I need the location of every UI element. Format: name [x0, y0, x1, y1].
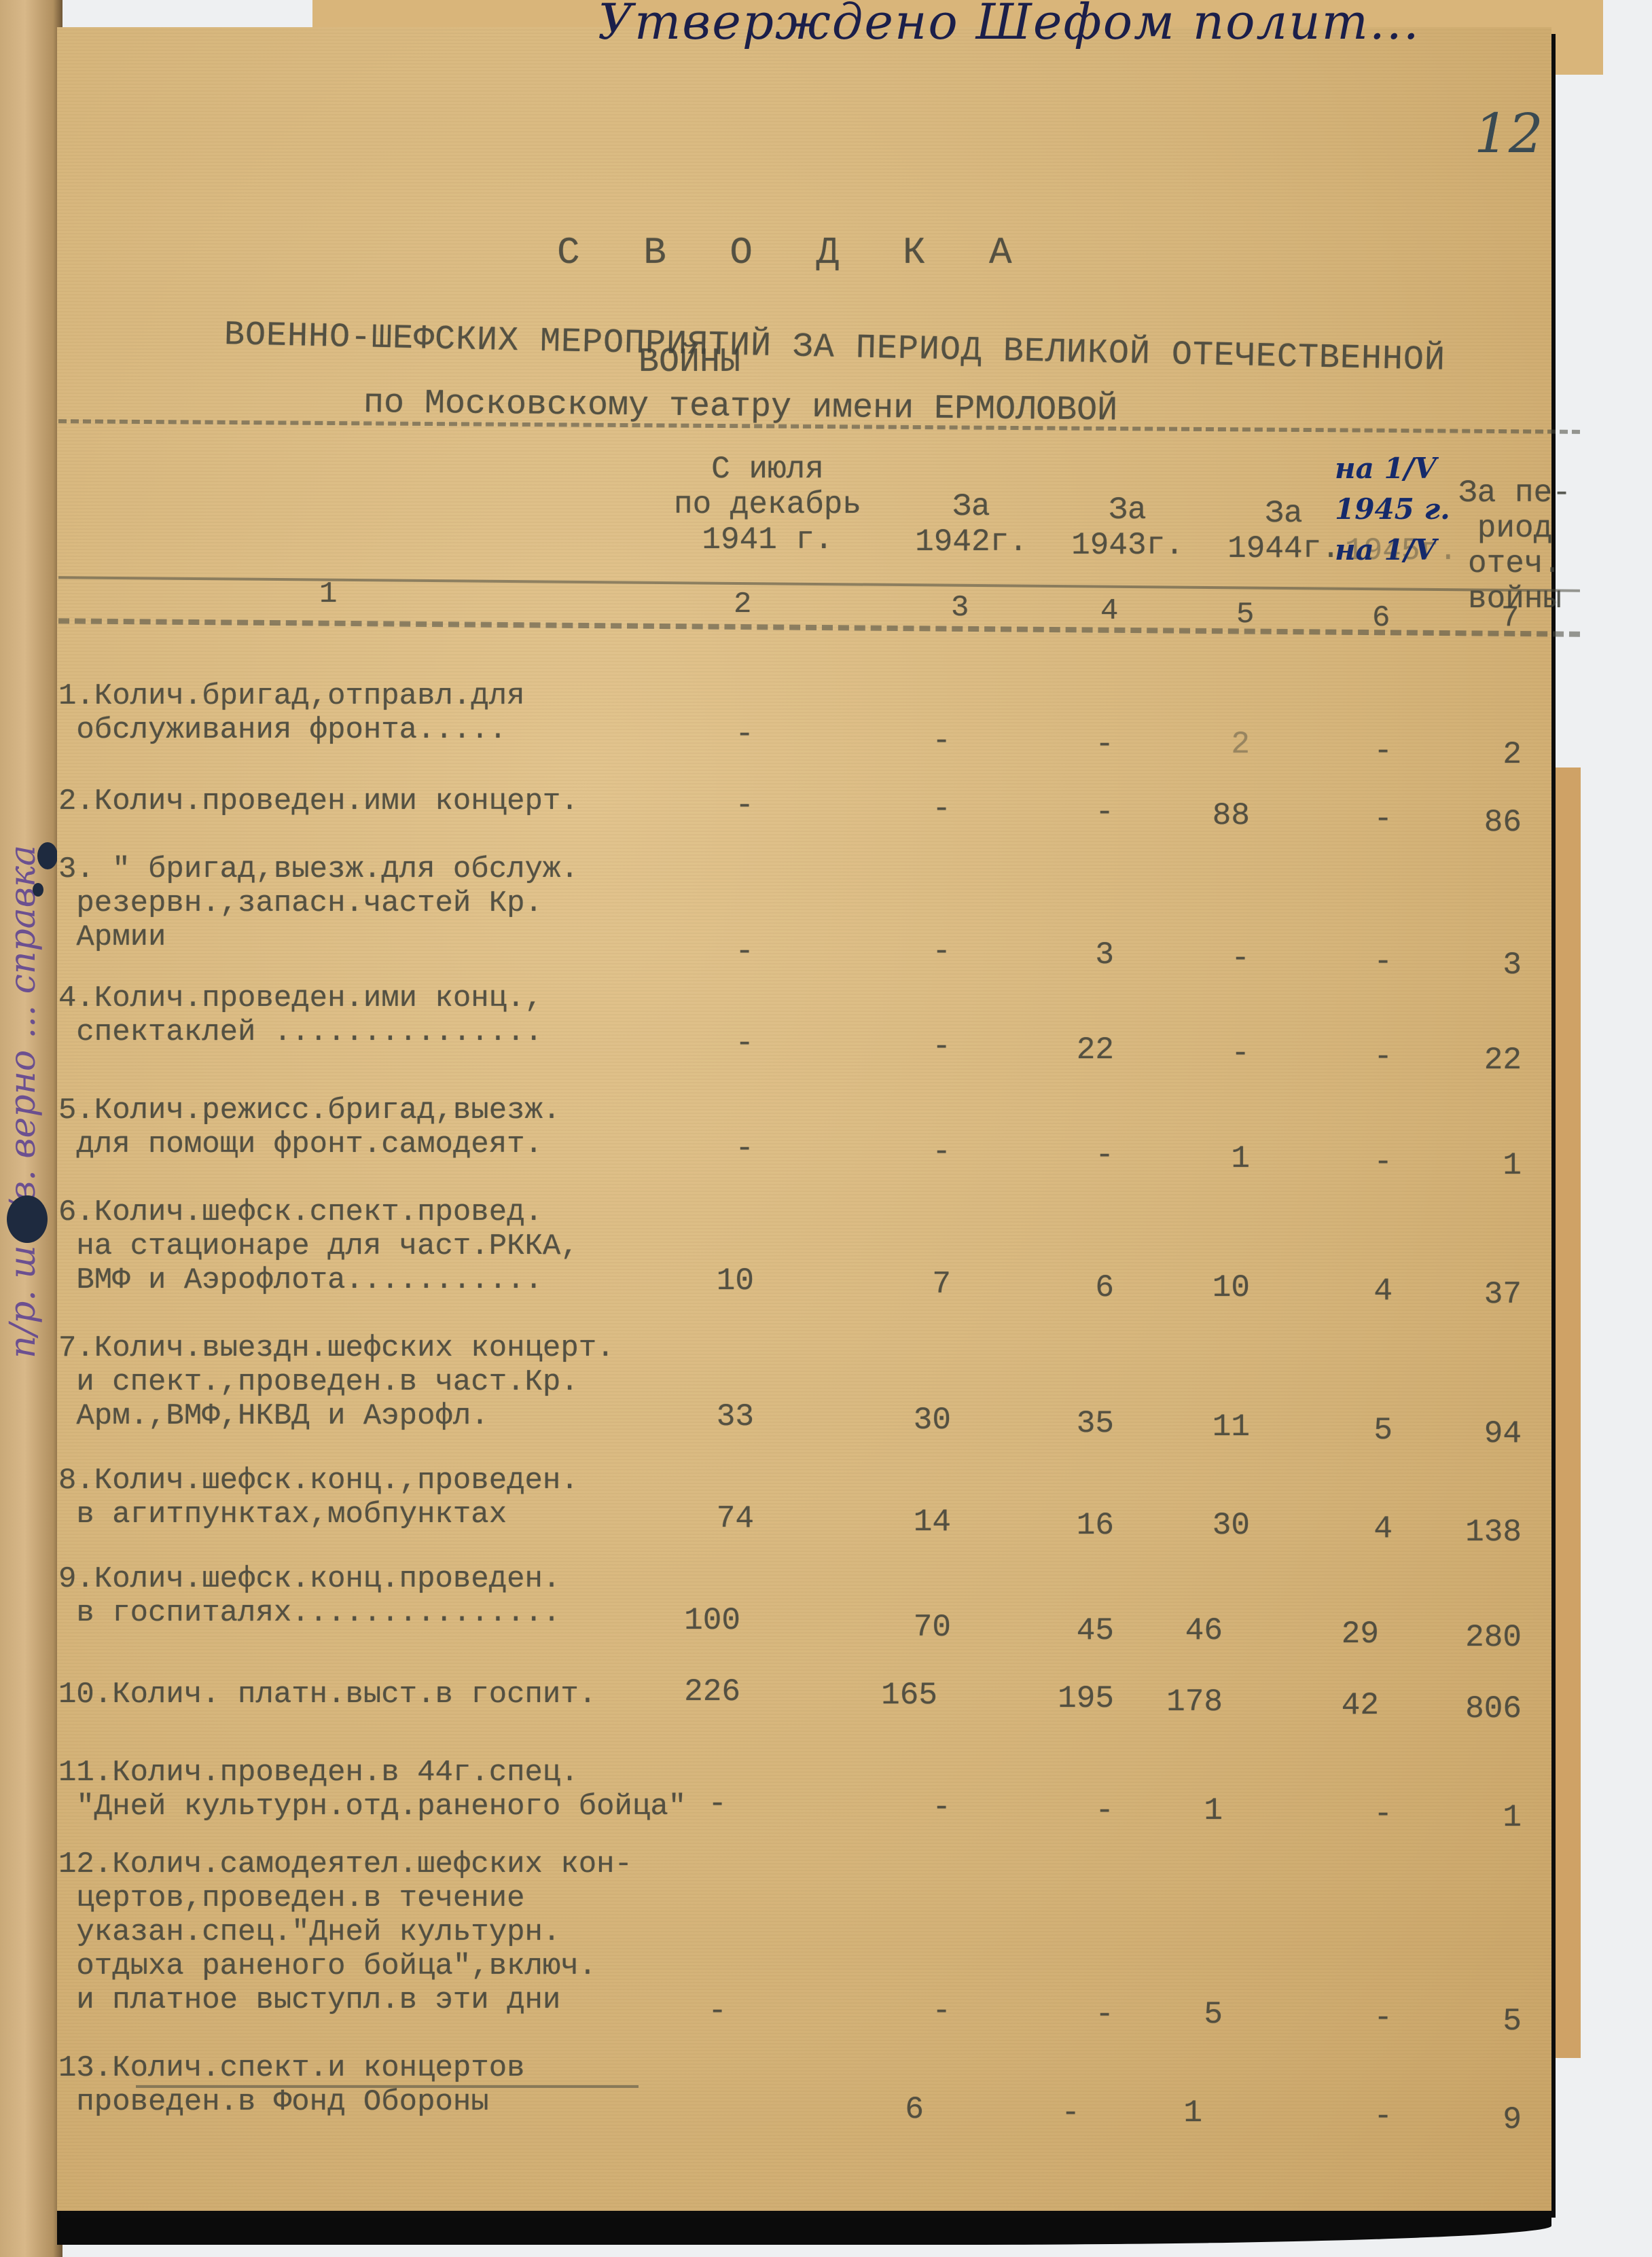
table-cell: 1 [1175, 1141, 1250, 1176]
table-cell: 9 [1447, 2102, 1522, 2137]
table-row-label: 1.Колич.бригад,отправл.для обслуживания … [58, 679, 697, 747]
table-cell: 46 [1148, 1613, 1223, 1648]
table-cell: 88 [1175, 798, 1250, 833]
table-cell: - [876, 1134, 951, 1170]
table-cell: 94 [1447, 1416, 1522, 1451]
table-cell: - [1175, 941, 1250, 976]
table-cell: 2 [1175, 727, 1250, 762]
table-cell: - [679, 788, 754, 823]
table-row-label: 2.Колич.проведен.ими концерт. [58, 784, 697, 818]
column-number-1: 1 [319, 577, 337, 611]
table-row-label: 7.Колич.выездн.шефских концерт. и спект.… [58, 1331, 697, 1433]
table-cell: - [876, 1993, 951, 2029]
table-cell: - [876, 1029, 951, 1064]
table-cell: 5 [1148, 1997, 1223, 2032]
table-cell: 33 [679, 1399, 754, 1434]
table-cell: - [1039, 1997, 1114, 2032]
column-header-3: За 1942г. [903, 489, 1039, 560]
table-cell: - [1039, 727, 1114, 762]
table-cell: - [876, 791, 951, 827]
table-cell: 14 [876, 1504, 951, 1540]
table-cell: 74 [679, 1501, 754, 1536]
table-cell: - [679, 1026, 754, 1061]
table-row-label: 11.Колич.проведен.в 44г.спец. "Дней куль… [58, 1756, 697, 1824]
table-row-label: 3. " бригад,выезж.для обслуж. резервн.,з… [58, 852, 697, 954]
table-cell: 45 [1039, 1613, 1114, 1648]
table-cell: - [1039, 1138, 1114, 1173]
table-cell: 70 [876, 1610, 951, 1645]
table-cell: 29 [1304, 1617, 1379, 1652]
table-cell: - [679, 717, 754, 752]
table-cell: - [1039, 1793, 1114, 1828]
ink-blot [7, 1195, 48, 1243]
handwritten-annotation-top: Утверждено Шефом полит... [598, 0, 1583, 50]
table-cell: - [1318, 944, 1393, 979]
page-number: 12 [1474, 102, 1543, 165]
table-cell: - [652, 1993, 727, 2029]
table-cell: 10 [1175, 1270, 1250, 1305]
table-row-label: 8.Колич.шефск.конц.,проведен. в агитпунк… [58, 1464, 697, 1532]
column-header-7: За пе- риод отеч. войны [1440, 475, 1590, 617]
table-cell: 1 [1148, 1793, 1223, 1828]
column-number-4: 4 [1100, 594, 1118, 628]
ink-blot [33, 883, 43, 897]
table-cell: 35 [1039, 1406, 1114, 1441]
table-cell: - [679, 934, 754, 969]
table-cell: - [1318, 1039, 1393, 1075]
table-cell: 37 [1447, 1277, 1522, 1312]
column-header-5: За 1944г. [1216, 496, 1352, 566]
table-row-label: 12.Колич.самодеятел.шефских кон- цертов,… [58, 1847, 697, 2017]
table-cell: - [1318, 1144, 1393, 1180]
table-cell: 1 [1128, 2095, 1202, 2131]
table-cell: - [1039, 795, 1114, 830]
table-row-label: 10.Колич. платн.выст.в госпит. [58, 1678, 697, 1712]
table-cell: 4 [1318, 1511, 1393, 1547]
document-subtitle-line2: ВОЙНЫ [639, 343, 740, 382]
table-cell: - [876, 934, 951, 969]
table-row-label: 9.Колич.шефск.конц.проведен. в госпиталя… [58, 1562, 697, 1630]
table-cell: 30 [876, 1403, 951, 1438]
table-cell: 22 [1039, 1032, 1114, 1068]
column-header-4: За 1943г. [1060, 492, 1196, 563]
column-number-3: 3 [951, 591, 969, 625]
table-cell: 86 [1447, 805, 1522, 840]
table-cell: 1 [1447, 1800, 1522, 1835]
table-cell: 138 [1447, 1515, 1522, 1550]
table-cell: 3 [1447, 947, 1522, 983]
column-header-2: С июля по декабрь 1941 г. [645, 452, 890, 558]
table-cell: - [1005, 2095, 1080, 2131]
table-cell: 806 [1447, 1691, 1522, 1727]
table-cell: - [652, 1786, 727, 1822]
table-cell: 3 [1039, 937, 1114, 973]
table-cell: - [1175, 1036, 1250, 1071]
table-cell: 226 [666, 1674, 740, 1710]
table-cell: 42 [1304, 1688, 1379, 1723]
table-cell: - [1318, 2000, 1393, 2036]
table-cell: 280 [1447, 1620, 1522, 1655]
table-row-label: 5.Колич.режисс.бригад,выезж. для помощи … [58, 1094, 697, 1161]
table-cell: - [1318, 734, 1393, 769]
table-cell: 16 [1039, 1508, 1114, 1543]
table-cell: 5 [1447, 2004, 1522, 2039]
table-cell: 2 [1447, 737, 1522, 772]
table-cell: 100 [666, 1603, 740, 1638]
column-number-2: 2 [734, 588, 751, 621]
ink-blot [37, 842, 58, 869]
column-number-5: 5 [1236, 598, 1254, 632]
table-cell: 6 [849, 2092, 924, 2127]
table-cell: - [876, 723, 951, 759]
table-cell: 6 [1039, 1270, 1114, 1305]
table-row-label: 4.Колич.проведен.ими конц., спектаклей .… [58, 981, 697, 1049]
table-cell: 165 [863, 1678, 937, 1713]
table-cell: - [1318, 801, 1393, 837]
table-cell: 195 [1039, 1681, 1114, 1716]
margin-handwritten-note: п/р. ш.в/в. верно ... справка [3, 679, 57, 1358]
table-cell: 30 [1175, 1508, 1250, 1543]
table-cell: 1 [1447, 1148, 1522, 1183]
table-cell: - [679, 1131, 754, 1166]
table-cell: 5 [1318, 1413, 1393, 1448]
table-cell: 4 [1318, 1274, 1393, 1309]
book-binding: п/р. ш.в/в. верно ... справка [0, 0, 62, 2257]
column-number-7: 7 [1501, 601, 1519, 635]
table-cell: - [1318, 2099, 1393, 2134]
handwritten-column6-date: на 1/V 1945 г. на 1/V [1335, 448, 1450, 571]
table-cell: 10 [679, 1263, 754, 1299]
document-title: С В О Д К А [557, 231, 1032, 274]
table-cell: 7 [876, 1267, 951, 1302]
table-cell: 22 [1447, 1043, 1522, 1078]
table-row-label: 6.Колич.шефск.спект.провед. на стационар… [58, 1195, 697, 1297]
table-cell: - [876, 1790, 951, 1825]
table-cell: 178 [1148, 1684, 1223, 1720]
row13-underline [136, 2085, 639, 2088]
table-cell: - [1318, 1796, 1393, 1832]
table-cell: 11 [1175, 1409, 1250, 1445]
